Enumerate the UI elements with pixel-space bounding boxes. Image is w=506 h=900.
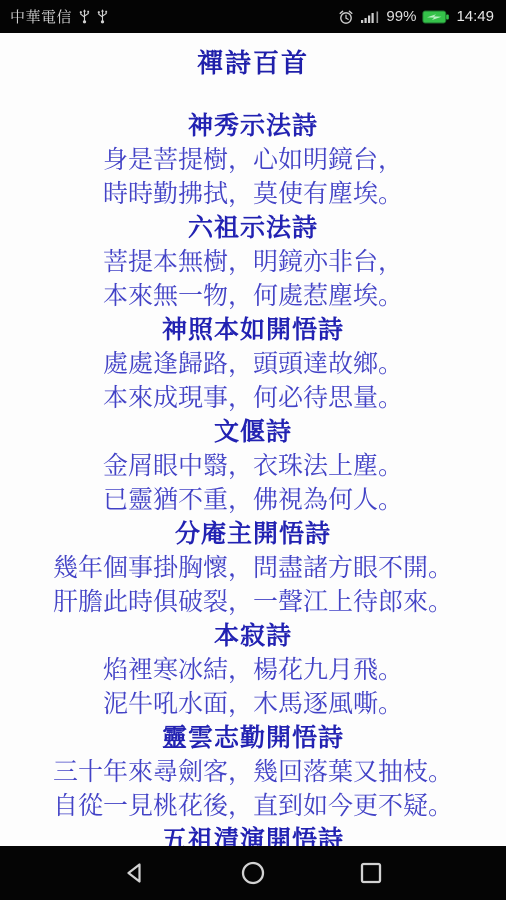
- poem-title: 文偃詩: [0, 415, 506, 449]
- back-triangle-icon[interactable]: [120, 858, 150, 888]
- home-circle-icon[interactable]: [238, 858, 268, 888]
- battery-percent-label: 99%: [386, 8, 416, 25]
- poem-title: 本寂詩: [0, 619, 506, 653]
- usb-icon: [97, 9, 108, 24]
- clock-label: 14:49: [456, 8, 494, 25]
- poem: 靈雲志勤開悟詩三十年來尋劍客，幾回落葉又抽枝。自從一見桃花後，直到如今更不疑。: [0, 721, 506, 823]
- poem-line: 自從一見桃花後，直到如今更不疑。: [0, 789, 506, 823]
- poem-line: 時時勤拂拭，莫使有塵埃。: [0, 177, 506, 211]
- reader-page[interactable]: 禪詩百首 神秀示法詩身是菩提樹，心如明鏡台，時時勤拂拭，莫使有塵埃。六祖示法詩菩…: [0, 33, 506, 846]
- status-left-group: 中華電信: [10, 6, 108, 27]
- poem-line: 身是菩提樹，心如明鏡台，: [0, 143, 506, 177]
- poem-line: 幾年個事掛胸懷，問盡諸方眼不開。: [0, 551, 506, 585]
- poem-title: 靈雲志勤開悟詩: [0, 721, 506, 755]
- poem: 五祖清演開悟詩: [0, 823, 506, 846]
- poem: 本寂詩焰裡寒冰結，楊花九月飛。泥牛吼水面，木馬逐風嘶。: [0, 619, 506, 721]
- battery-charging-icon: [422, 10, 450, 24]
- poem: 分庵主開悟詩幾年個事掛胸懷，問盡諸方眼不開。肝膽此時俱破裂，一聲江上待郎來。: [0, 517, 506, 619]
- status-bar: 中華電信: [0, 0, 506, 33]
- alarm-clock-icon: [338, 9, 354, 25]
- poem-title: 五祖清演開悟詩: [0, 823, 506, 846]
- poem-line: 已靈猶不重，佛視為何人。: [0, 483, 506, 517]
- poem-line: 肝膽此時俱破裂，一聲江上待郎來。: [0, 585, 506, 619]
- poem-title: 神秀示法詩: [0, 109, 506, 143]
- poem-line: 菩提本無樹，明鏡亦非台，: [0, 245, 506, 279]
- poem-title: 神照本如開悟詩: [0, 313, 506, 347]
- poem-line: 三十年來尋劍客，幾回落葉又抽枝。: [0, 755, 506, 789]
- poem: 六祖示法詩菩提本無樹，明鏡亦非台，本來無一物，何處惹塵埃。: [0, 211, 506, 313]
- poem-title: 分庵主開悟詩: [0, 517, 506, 551]
- phone-screen: 中華電信: [0, 0, 506, 900]
- poem-title: 六祖示法詩: [0, 211, 506, 245]
- carrier-label: 中華電信: [10, 6, 72, 27]
- poem: 神照本如開悟詩處處逢歸路，頭頭達故鄉。本來成現事，何必待思量。: [0, 313, 506, 415]
- poem: 神秀示法詩身是菩提樹，心如明鏡台，時時勤拂拭，莫使有塵埃。: [0, 109, 506, 211]
- android-nav-bar: [0, 846, 506, 900]
- poem-line: 金屑眼中翳，衣珠法上塵。: [0, 449, 506, 483]
- poem: 文偃詩金屑眼中翳，衣珠法上塵。已靈猶不重，佛視為何人。: [0, 415, 506, 517]
- usb-icon: [79, 9, 90, 24]
- cell-signal-icon: [360, 10, 380, 24]
- poem-line: 處處逢歸路，頭頭達故鄉。: [0, 347, 506, 381]
- poem-line: 泥牛吼水面，木馬逐風嘶。: [0, 687, 506, 721]
- book-title: 禪詩百首: [0, 45, 506, 81]
- poems: 神秀示法詩身是菩提樹，心如明鏡台，時時勤拂拭，莫使有塵埃。六祖示法詩菩提本無樹，…: [0, 109, 506, 846]
- poem-line: 本來成現事，何必待思量。: [0, 381, 506, 415]
- recents-square-icon[interactable]: [356, 858, 386, 888]
- poem-line: 本來無一物，何處惹塵埃。: [0, 279, 506, 313]
- poem-line: 焰裡寒冰結，楊花九月飛。: [0, 653, 506, 687]
- status-right-group: 99% 14:49: [338, 8, 494, 25]
